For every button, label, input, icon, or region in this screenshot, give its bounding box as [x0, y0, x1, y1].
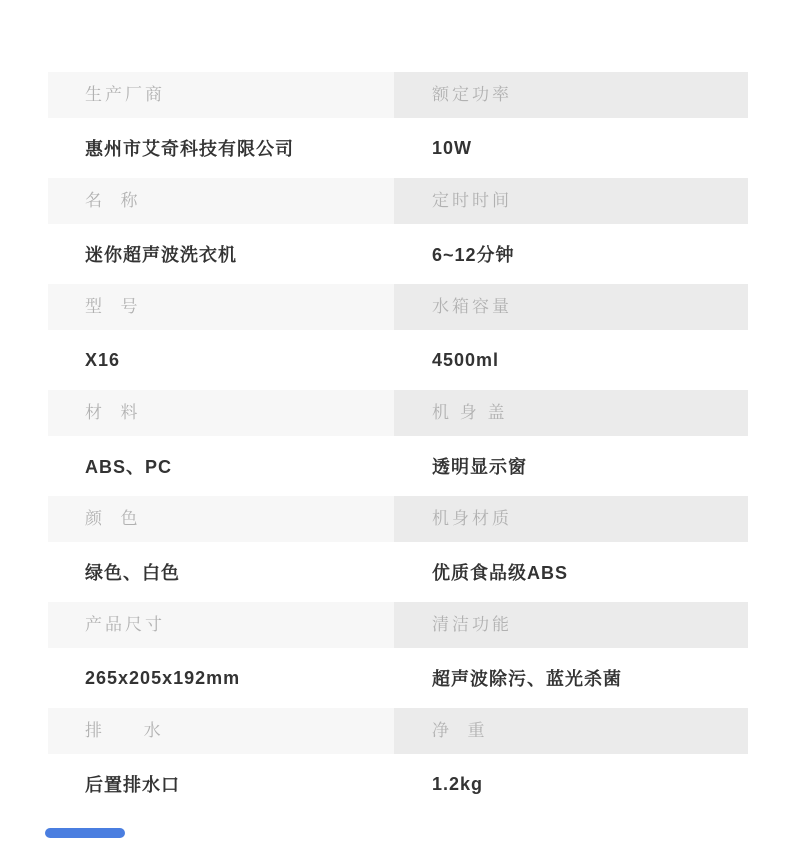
product-spec-page: 生产厂商 额定功率 惠州市艾奇科技有限公司 10W 名 称 定时时间 迷你超声波…	[0, 0, 790, 866]
spec-value-rated-power: 10W	[394, 138, 748, 159]
spec-value-band: 265x205x192mm 超声波除污、蓝光杀菌	[48, 648, 748, 708]
bottom-accent-bar	[45, 828, 125, 838]
spec-row: 材 料 机 身 盖 ABS、PC 透明显示窗	[48, 390, 748, 496]
spec-value-band: 后置排水口 1.2kg	[48, 754, 748, 814]
spec-label-color: 颜 色	[48, 496, 394, 542]
spec-label-tank-capacity: 水箱容量	[394, 284, 748, 330]
spec-row: 名 称 定时时间 迷你超声波洗衣机 6~12分钟	[48, 178, 748, 284]
spec-row: 型 号 水箱容量 X16 4500ml	[48, 284, 748, 390]
spec-value-manufacturer: 惠州市艾奇科技有限公司	[48, 135, 394, 161]
spec-label-body-material: 机身材质	[394, 496, 748, 542]
spec-value-band: X16 4500ml	[48, 330, 748, 390]
spec-label-drainage: 排 水	[48, 708, 394, 754]
spec-label-material: 材 料	[48, 390, 394, 436]
spec-value-tank-capacity: 4500ml	[394, 350, 748, 371]
spec-label-body-cover: 机 身 盖	[394, 390, 748, 436]
spec-row: 生产厂商 额定功率 惠州市艾奇科技有限公司 10W	[48, 72, 748, 178]
spec-label-manufacturer: 生产厂商	[48, 72, 394, 118]
spec-header-band: 型 号 水箱容量	[48, 284, 748, 330]
spec-value-body-material: 优质食品级ABS	[394, 559, 748, 585]
spec-value-color: 绿色、白色	[48, 559, 394, 585]
spec-table: 生产厂商 额定功率 惠州市艾奇科技有限公司 10W 名 称 定时时间 迷你超声波…	[48, 72, 748, 814]
spec-value-band: 惠州市艾奇科技有限公司 10W	[48, 118, 748, 178]
spec-value-product-name: 迷你超声波洗衣机	[48, 241, 394, 267]
spec-label-timer-time: 定时时间	[394, 178, 748, 224]
spec-label-product-name: 名 称	[48, 178, 394, 224]
spec-header-band: 生产厂商 额定功率	[48, 72, 748, 118]
spec-value-band: 迷你超声波洗衣机 6~12分钟	[48, 224, 748, 284]
spec-label-model: 型 号	[48, 284, 394, 330]
spec-value-band: 绿色、白色 优质食品级ABS	[48, 542, 748, 602]
spec-value-model: X16	[48, 350, 394, 371]
spec-value-drainage: 后置排水口	[48, 771, 394, 797]
spec-header-band: 颜 色 机身材质	[48, 496, 748, 542]
spec-label-rated-power: 额定功率	[394, 72, 748, 118]
spec-label-net-weight: 净 重	[394, 708, 748, 754]
spec-value-net-weight: 1.2kg	[394, 774, 748, 795]
spec-row: 颜 色 机身材质 绿色、白色 优质食品级ABS	[48, 496, 748, 602]
spec-header-band: 排 水 净 重	[48, 708, 748, 754]
spec-value-body-cover: 透明显示窗	[394, 453, 748, 479]
spec-header-band: 产品尺寸 清洁功能	[48, 602, 748, 648]
spec-row: 排 水 净 重 后置排水口 1.2kg	[48, 708, 748, 814]
spec-header-band: 名 称 定时时间	[48, 178, 748, 224]
spec-header-band: 材 料 机 身 盖	[48, 390, 748, 436]
spec-value-band: ABS、PC 透明显示窗	[48, 436, 748, 496]
spec-label-cleaning-function: 清洁功能	[394, 602, 748, 648]
spec-value-cleaning-function: 超声波除污、蓝光杀菌	[394, 665, 748, 691]
spec-label-dimensions: 产品尺寸	[48, 602, 394, 648]
spec-value-dimensions: 265x205x192mm	[48, 668, 394, 689]
spec-row: 产品尺寸 清洁功能 265x205x192mm 超声波除污、蓝光杀菌	[48, 602, 748, 708]
spec-value-timer-time: 6~12分钟	[394, 241, 748, 267]
spec-value-material: ABS、PC	[48, 453, 394, 479]
